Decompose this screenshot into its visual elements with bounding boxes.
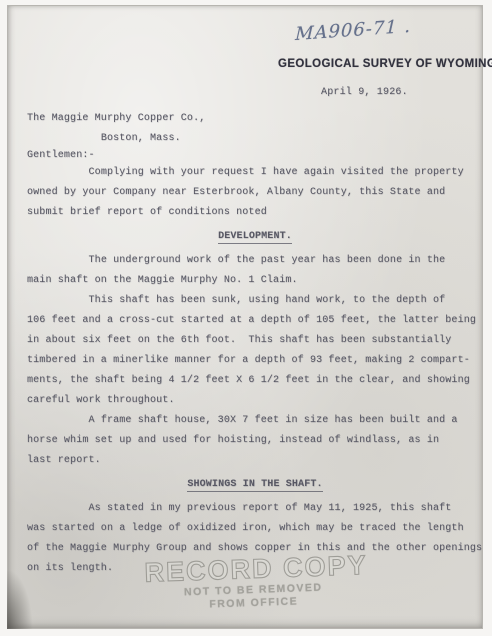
scanned-letter: MA906-71 . GEOLOGICAL SURVEY OF WYOMING … xyxy=(0,0,492,636)
salutation: Gentlemen:- xyxy=(27,149,483,163)
recipient-city: Boston, Mass. xyxy=(27,129,483,149)
paragraph-development-1: The underground work of the past year ha… xyxy=(27,251,483,291)
paragraph-showings-1: As stated in my previous report of May 1… xyxy=(27,499,483,579)
record-copy-stamp-line3: FROM OFFICE xyxy=(146,593,362,614)
recipient-company: The Maggie Murphy Copper Co., xyxy=(27,109,483,129)
heading-development: DEVELOPMENT. xyxy=(218,231,292,244)
heading-showings-in-shaft: SHOWINGS IN THE SHAFT. xyxy=(187,479,322,492)
agency-stamp: GEOLOGICAL SURVEY OF WYOMING xyxy=(278,58,478,71)
paragraph-development-2: This shaft has been sunk, using hand wor… xyxy=(27,291,483,411)
letter-page: MA906-71 . GEOLOGICAL SURVEY OF WYOMING … xyxy=(7,5,483,629)
paragraph-development-3: A frame shaft house, 30X 7 feet in size … xyxy=(27,411,483,471)
letter-body: The Maggie Murphy Copper Co., Boston, Ma… xyxy=(27,109,483,579)
record-copy-stamp-line2: NOT TO BE REMOVED xyxy=(145,580,361,601)
handwritten-file-number: MA906-71 . xyxy=(295,12,465,45)
section-heading-row: SHOWINGS IN THE SHAFT. xyxy=(27,475,483,495)
section-heading-row: DEVELOPMENT. xyxy=(27,227,483,247)
paragraph-intro: Complying with your request I have again… xyxy=(27,163,483,223)
letter-date: April 9, 1926. xyxy=(321,87,408,98)
